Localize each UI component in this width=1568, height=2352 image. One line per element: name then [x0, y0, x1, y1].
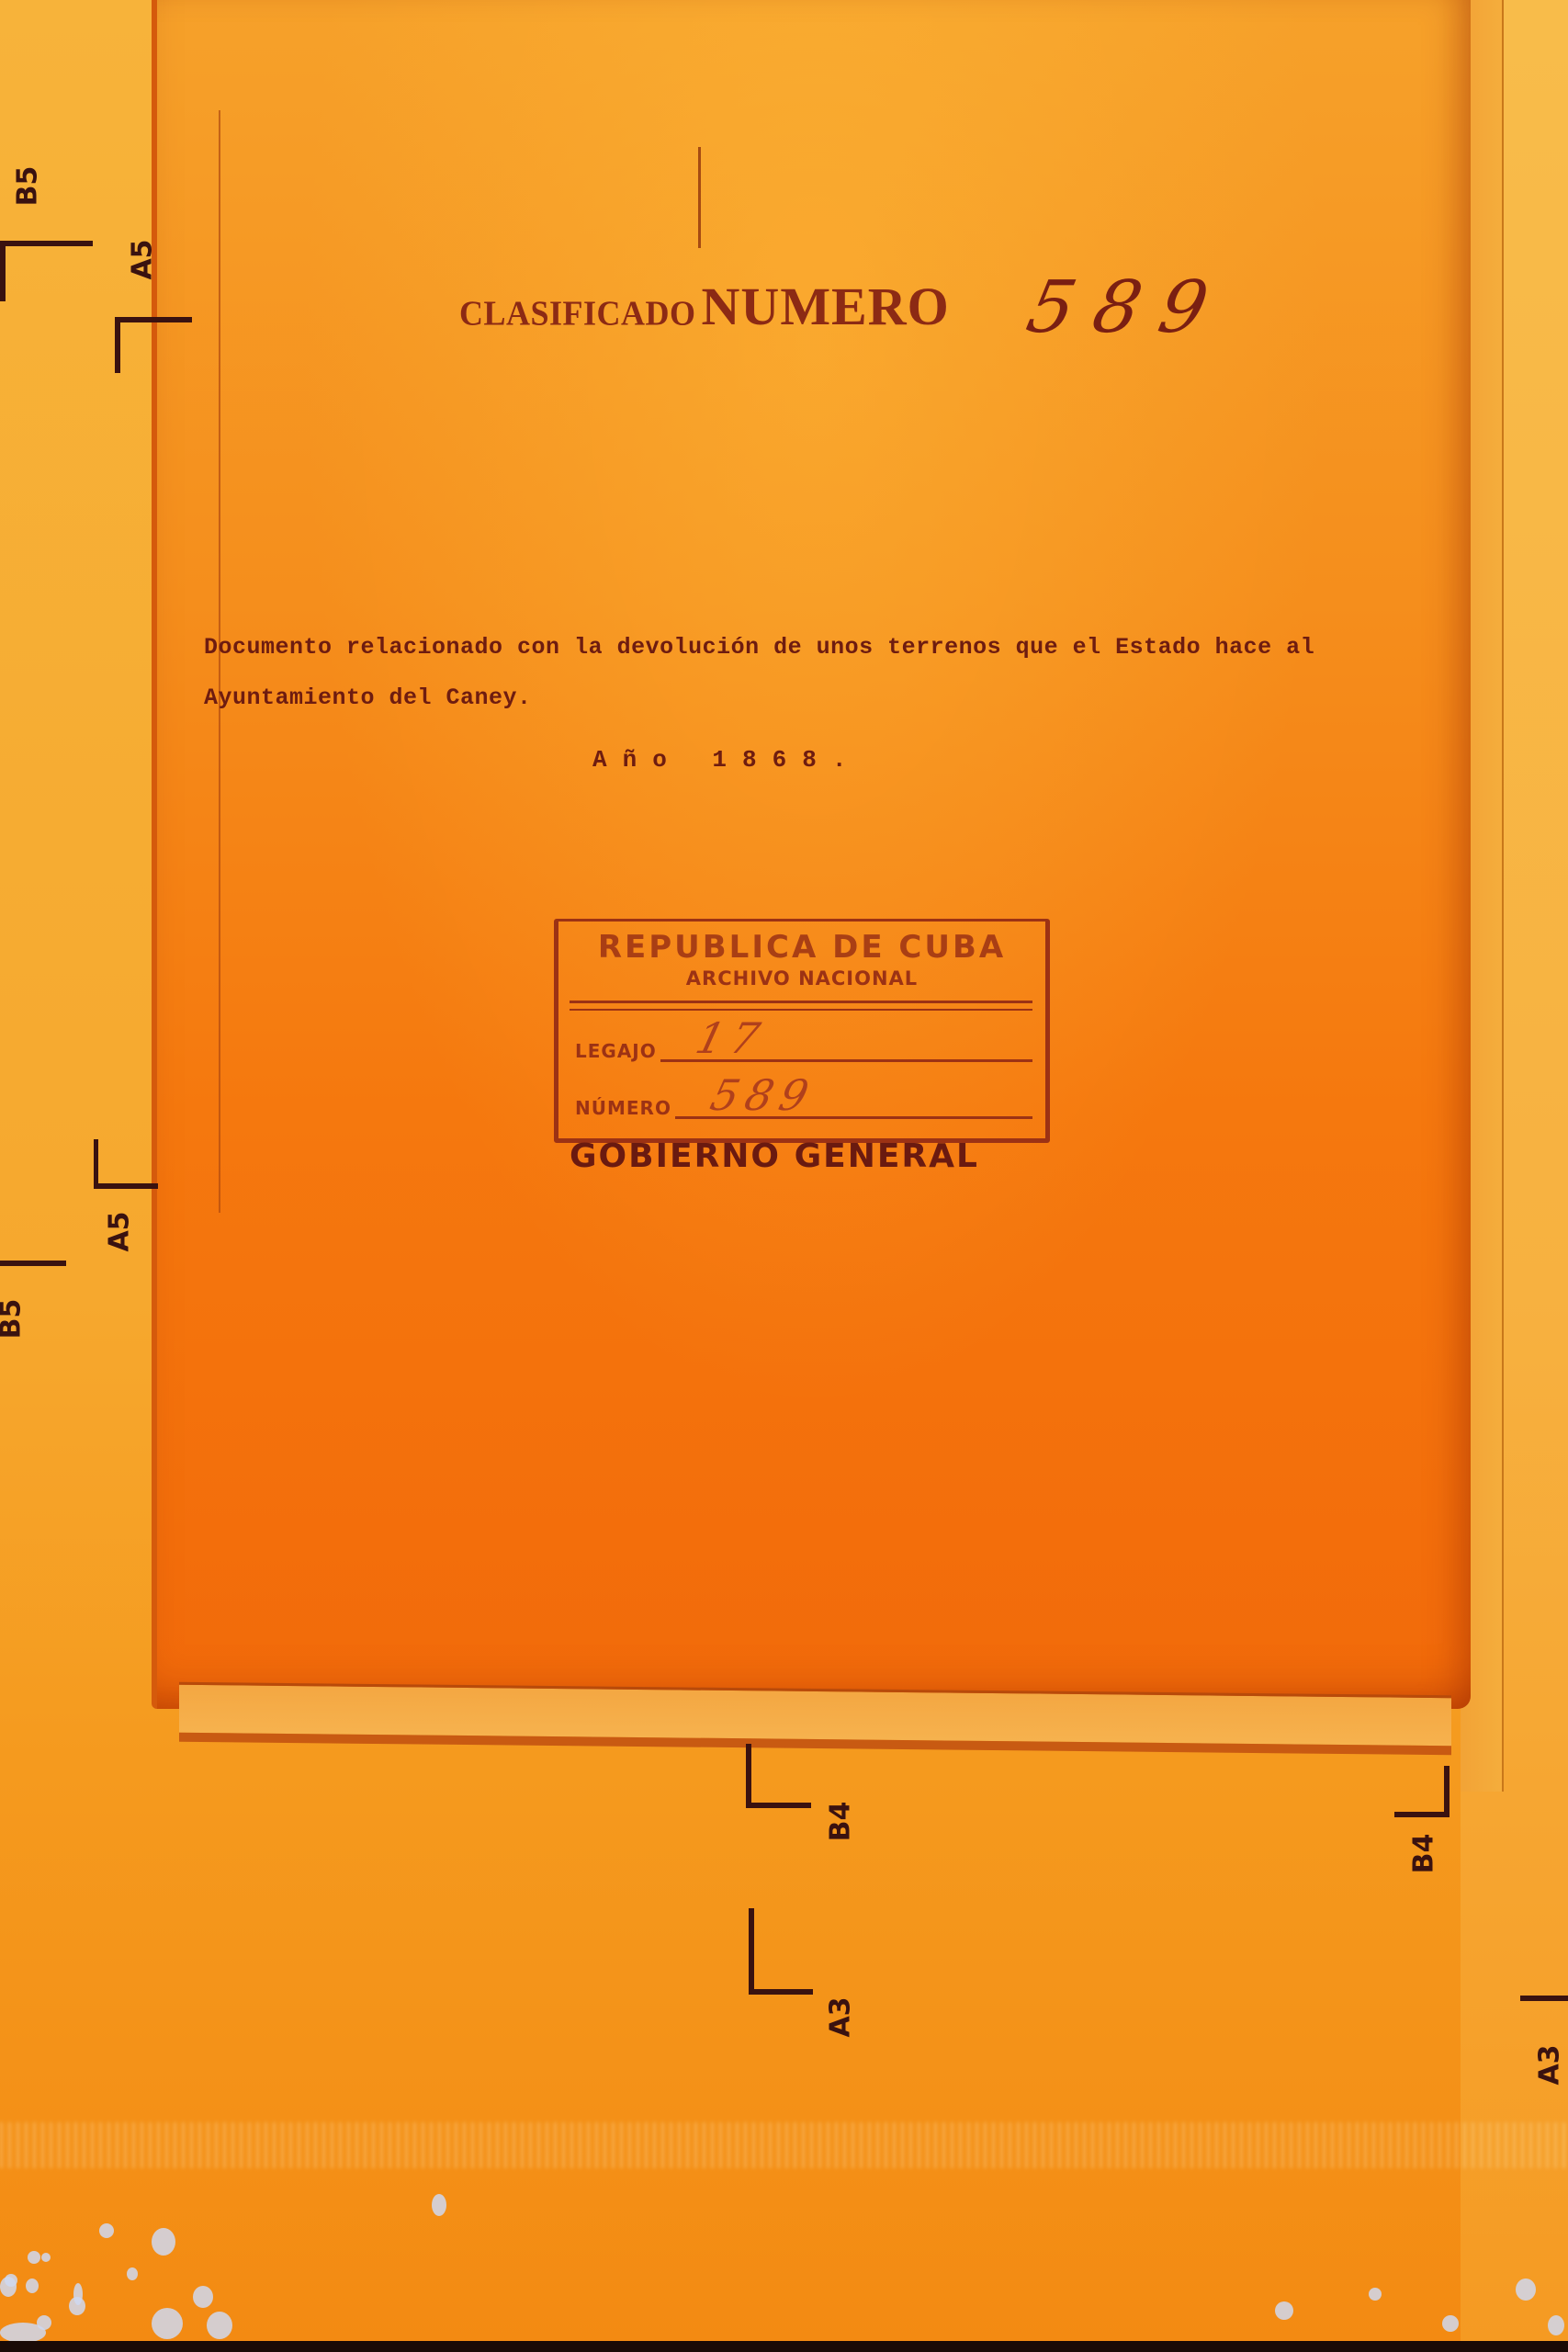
marker-label-b4-bottom: B4: [824, 1802, 856, 1842]
gobierno-general-stamp: GOBIERNO GENERAL: [570, 1137, 979, 1175]
dust-spot: [193, 2286, 213, 2308]
dust-spot: [99, 2223, 114, 2238]
classification-heading: CLASIFICADO NUMERO: [459, 276, 950, 337]
marker-label-b5-mid: B5: [0, 1299, 27, 1340]
stamp-title: REPUBLICA DE CUBA: [558, 929, 1045, 966]
marker-label-a3-bottom: A3: [825, 1996, 857, 2037]
legajo-label: LEGAJO: [575, 1040, 657, 1062]
dust-spot: [207, 2312, 232, 2339]
marker-label-a5-mid: A5: [104, 1211, 136, 1251]
folder-bottom-edge: [179, 1682, 1451, 1756]
description-line-2: Ayuntamiento del Caney.: [204, 684, 532, 711]
corner-mark-a5-mid: [94, 1139, 158, 1189]
marker-label-a5-top: A5: [127, 239, 159, 279]
marker-label-b4-right: B4: [1407, 1834, 1439, 1874]
legajo-value: 17: [691, 1013, 772, 1063]
stamp-subtitle: ARCHIVO NACIONAL: [558, 967, 1045, 989]
marker-label-a3-right: A3: [1534, 2044, 1566, 2085]
corner-mark-b4-bottom: [746, 1744, 811, 1808]
spine-line: [219, 110, 220, 1213]
numero-row: NÚMERO 589: [575, 1070, 1032, 1119]
film-edge: [0, 2341, 1568, 2352]
corner-mark-a3-bottom: [749, 1908, 813, 1995]
corner-mark-b4-right: [1394, 1766, 1450, 1817]
dust-spot: [73, 2283, 83, 2305]
numero-label: NUMERO: [702, 276, 950, 337]
dust-spot: [1275, 2301, 1293, 2320]
numero-value: 589: [705, 1070, 820, 1120]
corner-mark-a5-top: [115, 317, 192, 373]
dust-spot: [28, 2251, 40, 2264]
marker-label-b5-top: B5: [11, 166, 43, 207]
corner-mark-b5-top: [0, 241, 93, 301]
description-line-1: Documento relacionado con la devolución …: [204, 634, 1314, 661]
handwritten-classification-number: 589: [1020, 266, 1235, 349]
film-haze: [0, 2122, 1568, 2168]
dust-spot: [1442, 2315, 1459, 2332]
numero-field: 589: [675, 1070, 1032, 1119]
numero-field-label: NÚMERO: [575, 1097, 671, 1119]
dust-spot: [152, 2228, 175, 2256]
dust-spot: [5, 2274, 17, 2287]
dust-spot: [41, 2253, 51, 2262]
dust-spot: [26, 2278, 39, 2293]
paper-crease: [698, 147, 701, 248]
dust-spot: [37, 2315, 51, 2330]
dust-spot: [432, 2194, 446, 2216]
dust-spot: [1516, 2278, 1536, 2301]
legajo-field: 17: [660, 1013, 1032, 1062]
dust-spot: [152, 2308, 183, 2339]
tick-mark-b5-mid: [0, 1261, 66, 1266]
year-line: Año 1868.: [592, 746, 862, 774]
tick-mark-a3-right: [1520, 1996, 1568, 2001]
legajo-row: LEGAJO 17: [575, 1013, 1032, 1062]
stamp-rule: [570, 1001, 1032, 1011]
archive-stamp: REPUBLICA DE CUBA ARCHIVO NACIONAL LEGAJ…: [554, 919, 1050, 1143]
clasificado-label: CLASIFICADO: [459, 293, 696, 334]
document-folder: [152, 0, 1471, 1709]
dust-spot: [1369, 2288, 1382, 2301]
dust-spot: [1548, 2315, 1564, 2335]
dust-spot: [127, 2267, 138, 2280]
